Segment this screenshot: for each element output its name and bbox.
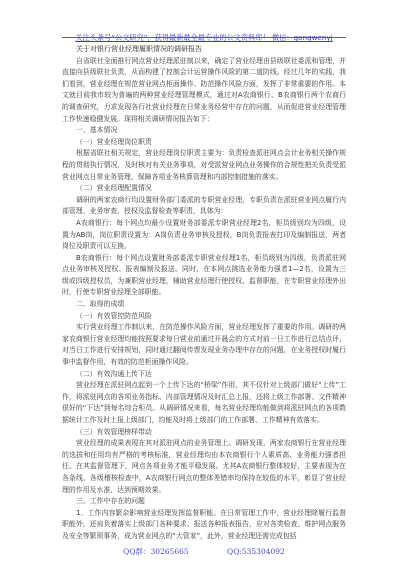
paragraph: A农商银行：每个网点均最少设置财务部委派专职营业经理2名，柜员级别均为四级，设置… xyxy=(62,218,346,253)
header-banner: 关注头条号“公文研究”，获得最新最全最专业的公文资料库！ 微信：gongweny… xyxy=(62,25,346,38)
qq-group-number: QQ群：30265665 xyxy=(123,546,188,557)
paragraph: 1、工作内容繁杂影响营业经理发挥监督职能。在日常管理工作中，营业经理除履行监督职… xyxy=(62,508,346,543)
subsection-heading: （二）有效沟通上传下达 xyxy=(62,369,346,381)
intro-paragraph: 自省联社全面推行网点营业经理派驻制以来，确定了营业经理由县级联社委派和管理，并直… xyxy=(62,56,346,126)
subsection-heading: （一）有效管控防范风险 xyxy=(62,311,346,323)
paragraph: 调研的两家农商行均设置财务部门委派的专职营业经理，专职负责在派驻营业网点履行内部… xyxy=(62,195,346,218)
document-body: 关于对银行营业经理履职情况的调研报告 自省联社全面推行网点营业经理派驻制以来，确… xyxy=(62,44,346,543)
paragraph: B农商银行：每个网点设置财务部委派专职营业经理1名，柜员级别为四级，负责派驻网点… xyxy=(62,253,346,299)
section-heading: 三、工作中存在的问题 xyxy=(62,496,346,508)
promo-link[interactable]: 关注头条号“公文研究”，获得最新最全最专业的公文资料库！ 微信：gongweny… xyxy=(75,33,332,42)
paragraph: 营业经理的成果表现在其对派驻网点的业务管理上。调研发现，两家农商银行在营业经理的… xyxy=(62,438,346,496)
paragraph: 实行营业经理工作制以来，在防范操作风险方面，营业经理发挥了重要的作用。调研的两家… xyxy=(62,322,346,368)
section-heading: 一、基本情况 xyxy=(62,125,346,137)
paragraph: 营业经理在派驻网点起到一个上传下达的“桥梁”作用，其不仅针对上级部门做好“上传”… xyxy=(62,380,346,426)
section-heading: 二、取得的成绩 xyxy=(62,299,346,311)
document-title: 关于对银行营业经理履职情况的调研报告 xyxy=(62,44,346,56)
subsection-heading: （二）营业经理配置情况 xyxy=(62,183,346,195)
qq-number: QQ:535304092 xyxy=(227,547,285,556)
subsection-heading: （一）营业经理岗位职责 xyxy=(62,137,346,149)
subsection-heading: （三）有效管理榜样带动 xyxy=(62,427,346,439)
paragraph: 根据省联社相关规定，营业经理岗位职责主要为：负责检查派驻网点会计业务相关操作规程… xyxy=(62,148,346,183)
footer: QQ群：30265665 QQ:535304092 xyxy=(0,546,408,557)
